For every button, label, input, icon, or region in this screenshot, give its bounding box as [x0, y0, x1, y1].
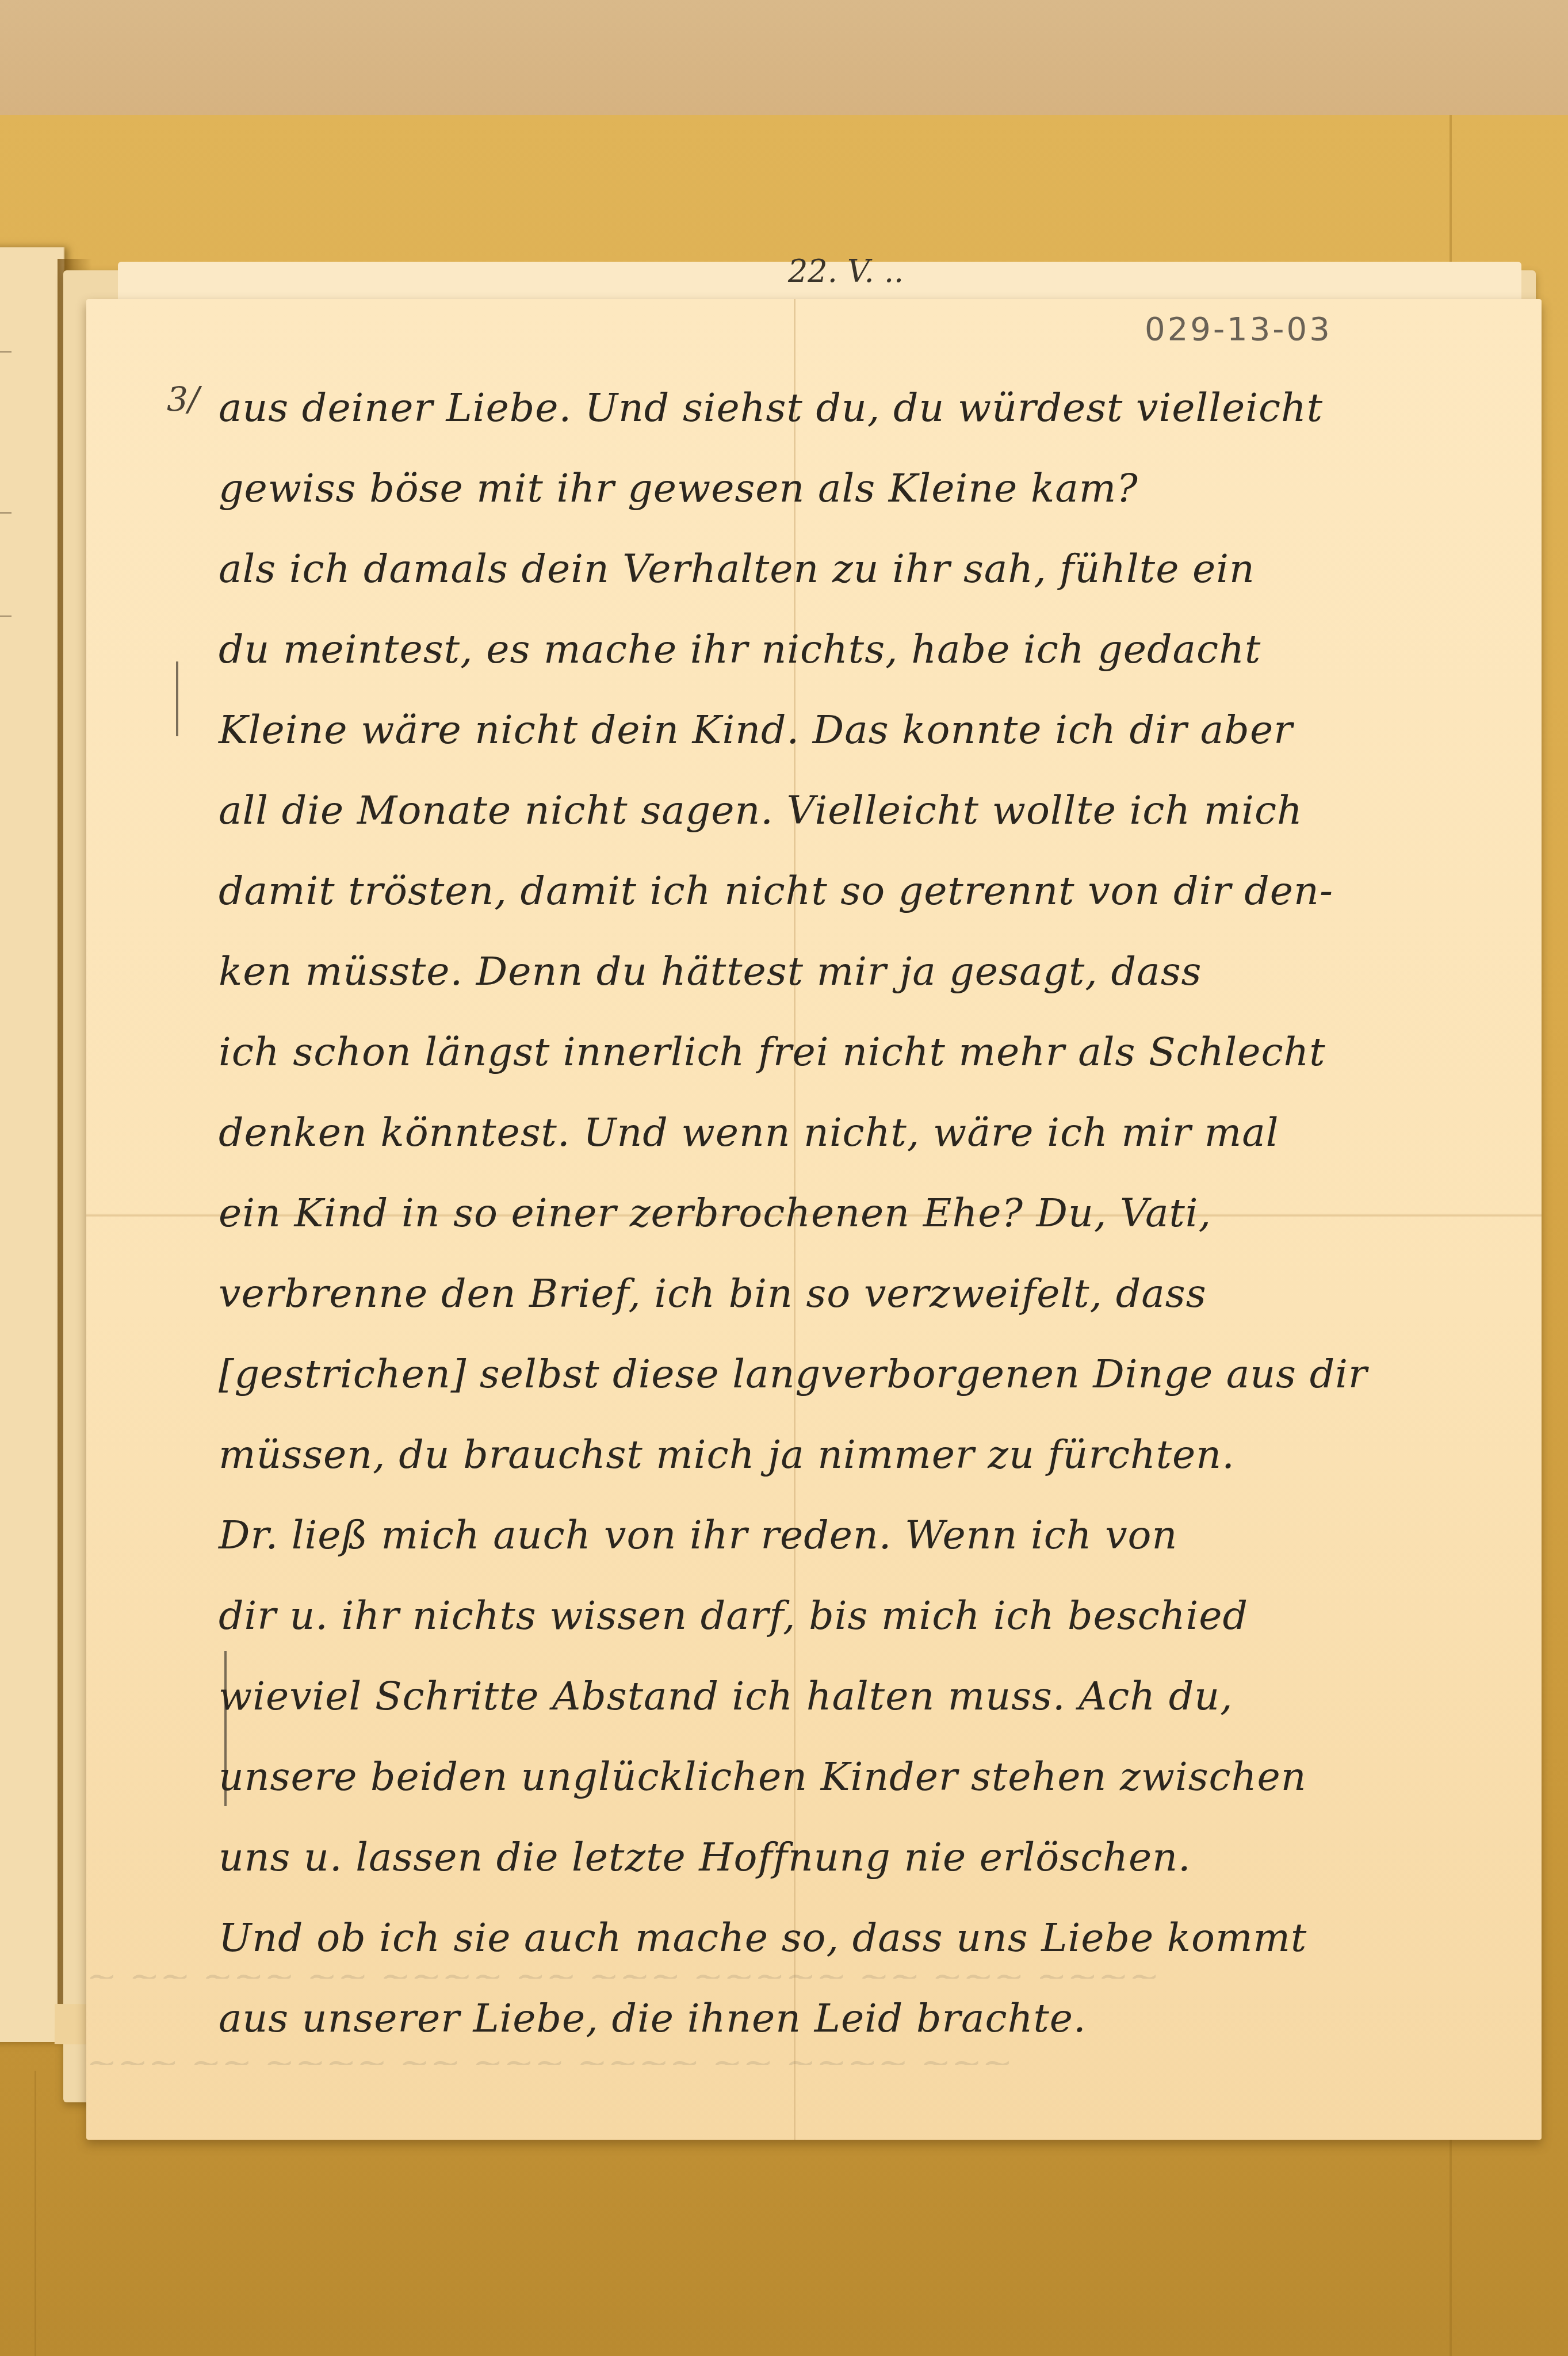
text-line: ken müsste. Denn du hättest mir ja gesag…: [219, 943, 1513, 1024]
text-line: als ich damals dein Verhalten zu ihr sah…: [219, 541, 1513, 621]
text-line: uns u. lassen die letzte Hoffnung nie er…: [219, 1829, 1513, 1910]
adjacent-text-fragment: [0, 615, 12, 617]
adjacent-text-fragment: [0, 512, 12, 514]
date-mark: 22. V. ..: [788, 253, 904, 289]
text-line: damit trösten, damit ich nicht so getren…: [219, 863, 1513, 943]
text-line: unsere beiden unglücklichen Kinder stehe…: [219, 1749, 1513, 1829]
text-line: Dr. ließ mich auch von ihr reden. Wenn i…: [219, 1507, 1513, 1588]
text-line: du meintest, es mache ihr nichts, habe i…: [219, 621, 1513, 702]
text-line: ich schon längst innerlich frei nicht me…: [219, 1024, 1513, 1104]
text-line: verbrenne den Brief, ich bin so verzweif…: [219, 1265, 1513, 1346]
page-number: 3/: [167, 380, 199, 419]
adjacent-document-stack: [0, 247, 64, 2042]
text-line: aus deiner Liebe. Und siehst du, du würd…: [219, 380, 1513, 460]
text-line: dir u. ihr nichts wissen darf, bis mich …: [219, 1588, 1513, 1668]
text-line: Und ob ich sie auch mache so, dass uns L…: [219, 1910, 1513, 1990]
text-line: gewiss böse mit ihr gewesen als Kleine k…: [219, 460, 1513, 541]
text-line: denken könntest. Und wenn nicht, wäre ic…: [219, 1104, 1513, 1185]
margin-mark: [176, 661, 178, 736]
text-line: ein Kind in so einer zerbrochenen Ehe? D…: [219, 1185, 1513, 1265]
catalog-number: 029-13-03: [1145, 311, 1332, 348]
letter-body: aus deiner Liebe. Und siehst du, du würd…: [219, 380, 1513, 2071]
folder-crease-left: [35, 2071, 36, 2356]
text-line: aus unserer Liebe, die ihnen Leid bracht…: [219, 1990, 1513, 2071]
table-surface: [0, 0, 1568, 121]
text-line-with-strikethrough: [gestrichen] selbst diese langverborgene…: [219, 1346, 1513, 1426]
text-line: all die Monate nicht sagen. Vielleicht w…: [219, 782, 1513, 863]
text-line: müssen, du brauchst mich ja nimmer zu fü…: [219, 1426, 1513, 1507]
text-line: Kleine wäre nicht dein Kind. Das konnte …: [219, 702, 1513, 782]
adjacent-text-fragment: [0, 351, 12, 353]
text-line: wieviel Schritte Abstand ich halten muss…: [219, 1668, 1513, 1749]
